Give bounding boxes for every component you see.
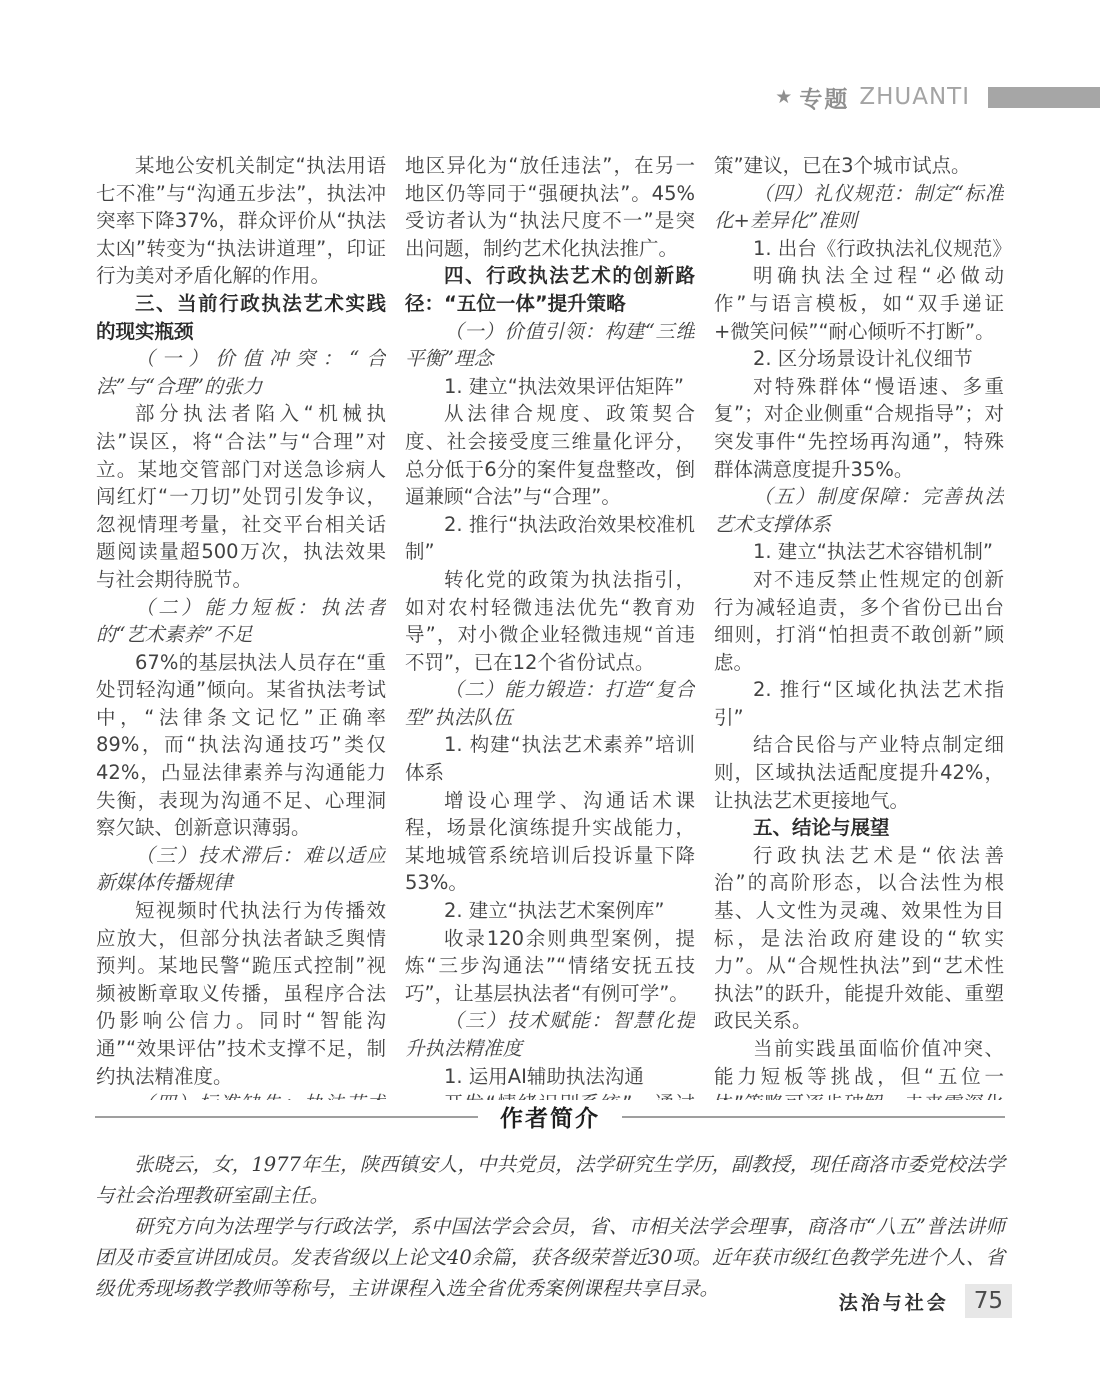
subsection-heading: （二）能力锻造：打造“复合型”执法队伍: [405, 676, 695, 731]
paragraph: 开发“情绪识别系统”，通过语音表情分析实时提示策略，试点冲突率下降28%，沟通效…: [405, 1090, 695, 1100]
numbered-item: 2. 推行“执法政治效果校准机制”: [405, 511, 695, 566]
paragraph: 结合民俗与产业特点制定细则，区域执法适配度提升42%，让执法艺术更接地气。: [714, 731, 1004, 814]
paragraph: 从法律合规度、政策契合度、社会接受度三维量化评分，总分低于6分的案件复盘整改，倒…: [405, 400, 695, 510]
journal-page: ★ 专题 ZHUANTI 某地公安机关制定“执法用语七不准”与“沟通五步法”，执…: [0, 0, 1100, 1398]
paragraph: 对特殊群体“慢语速、多重复”；对企业侧重“合规指导”；对突发事件“先控场再沟通”…: [714, 373, 1004, 483]
section-heading: 四、行政执法艺术的创新路径：“五位一体”提升策略: [405, 262, 695, 317]
article-column-3: 策”建议，已在3个城市试点。 （四）礼仪规范：制定“标准化+差异化”准则 1. …: [714, 152, 1004, 1100]
paragraph: 短视频时代执法行为传播效应放大，但部分执法者缺乏舆情预判。某地民警“跪压式控制”…: [96, 897, 386, 1090]
numbered-item: 1. 出台《行政执法礼仪规范》: [714, 235, 1004, 263]
paragraph: 增设心理学、沟通话术课程，场景化演练提升实战能力，某地城管系统培训后投诉量下降5…: [405, 787, 695, 897]
author-intro-title: 作者简介: [500, 1100, 600, 1133]
paragraph: 某地公安机关制定“执法用语七不准”与“沟通五步法”，执法冲突率下降37%，群众评…: [96, 152, 386, 290]
author-intro-header: 作者简介: [95, 1100, 1005, 1133]
section-heading: 五、结论与展望: [714, 814, 1004, 842]
numbered-item: 1. 建立“执法效果评估矩阵”: [405, 373, 695, 401]
star-icon: ★: [775, 86, 792, 108]
paragraph: 67%的基层执法人员存在“重处罚轻沟通”倾向。某省执法考试中，“法律条文记忆”正…: [96, 649, 386, 842]
paragraph: 部分执法者陷入“机械执法”误区，将“合法”与“合理”对立。某地交管部门对送急诊病…: [96, 400, 386, 593]
numbered-item: 1. 运用AI辅助执法沟通: [405, 1063, 695, 1091]
header-bar: [988, 87, 1100, 108]
header-topic-latin: ZHUANTI: [859, 84, 970, 110]
subsection-heading: （一）价值引领：构建“三维平衡”理念: [405, 318, 695, 373]
continuation-paragraph: 策”建议，已在3个城市试点。: [714, 152, 1004, 180]
author-intro-section: 作者简介 张晓云，女，1977年生，陕西镇安人，中共党员，法学研究生学历，副教授…: [95, 1100, 1005, 1304]
numbered-item: 1. 构建“执法艺术素养”培训体系: [405, 731, 695, 786]
numbered-item: 2. 建立“执法艺术案例库”: [405, 897, 695, 925]
journal-name: 法治与社会: [839, 1288, 949, 1315]
subsection-heading: （三）技术赋能：智慧化提升执法精准度: [405, 1007, 695, 1062]
section-heading: 三、当前行政执法艺术实践的现实瓶颈: [96, 290, 386, 345]
paragraph: 对不违反禁止性规定的创新行为减轻追责，多个省份已出台细则，打消“怕担责不敢创新”…: [714, 566, 1004, 676]
article-column-1: 某地公安机关制定“执法用语七不准”与“沟通五步法”，执法冲突率下降37%，群众评…: [96, 152, 386, 1100]
page-header: ★ 专题 ZHUANTI: [0, 84, 1100, 110]
paragraph: 收录120余则典型案例，提炼“三步沟通法”“情绪安抚五技巧”，让基层执法者“有例…: [405, 925, 695, 1008]
paragraph: 行政执法艺术是“依法善治”的高阶形态，以合法性为根基、人文性为灵魂、效果性为目标…: [714, 842, 1004, 1035]
subsection-heading: （四）标准缺失：执法艺术的“规范化”不足: [96, 1090, 386, 1100]
numbered-item: 1. 建立“执法艺术容错机制”: [714, 538, 1004, 566]
article-body: 某地公安机关制定“执法用语七不准”与“沟通五步法”，执法冲突率下降37%，群众评…: [96, 152, 1004, 1100]
paragraph: 明确执法全过程“必做动作”与语言模板，如“双手递证+微笑问候”“耐心倾听不打断”…: [714, 262, 1004, 345]
numbered-item: 2. 推行“区域化执法艺术指引”: [714, 676, 1004, 731]
subsection-heading: （三）技术滞后：难以适应新媒体传播规律: [96, 842, 386, 897]
subsection-heading: （四）礼仪规范：制定“标准化+差异化”准则: [714, 180, 1004, 235]
page-number: 75: [965, 1284, 1012, 1318]
article-column-2: 地区异化为“放任违法”，在另一地区仍等同于“强硬执法”。45%受访者认为“执法尺…: [405, 152, 695, 1100]
divider-line-right: [622, 1116, 1005, 1118]
numbered-item: 2. 区分场景设计礼仪细节: [714, 345, 1004, 373]
subsection-heading: （五）制度保障：完善执法艺术支撑体系: [714, 483, 1004, 538]
header-topic-label: 专题: [799, 81, 849, 114]
divider-line-left: [95, 1116, 478, 1118]
continuation-paragraph: 地区异化为“放任违法”，在另一地区仍等同于“强硬执法”。45%受访者认为“执法尺…: [405, 152, 695, 262]
page-footer: 法治与社会 75: [839, 1284, 1012, 1318]
subsection-heading: （一）价值冲突：“合法”与“合理”的张力: [96, 345, 386, 400]
subsection-heading: （二）能力短板：执法者的“艺术素养”不足: [96, 594, 386, 649]
author-bio-paragraph: 张晓云，女，1977年生，陕西镇安人，中共党员，法学研究生学历，副教授，现任商洛…: [95, 1149, 1005, 1211]
paragraph: 当前实践虽面临价值冲突、能力短板等挑战，但“五位一体”策略可逐步破解。未来需深化…: [714, 1035, 1004, 1100]
paragraph: 转化党的政策为执法指引，如对农村轻微违法优先“教育劝导”，对小微企业轻微违规“首…: [405, 566, 695, 676]
